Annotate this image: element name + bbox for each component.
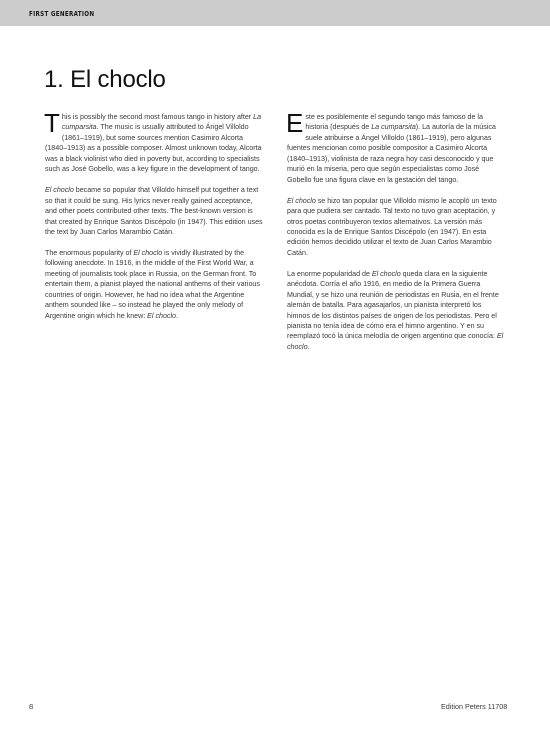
body-text: The enormous popularity of	[45, 249, 133, 257]
page-number: 8	[29, 702, 33, 711]
body-text: La enorme popularidad de	[287, 270, 372, 278]
spanish-text-column: Este es posiblemente el segundo tango má…	[287, 112, 504, 363]
italic-title-text: El choclo	[372, 270, 401, 278]
paragraph: This is possibly the second most famous …	[45, 112, 264, 175]
body-text: se hizo tan popular que Villoldo mismo l…	[287, 197, 497, 257]
italic-title-text: La cumparsita	[371, 123, 416, 131]
english-text-column: This is possibly the second most famous …	[45, 112, 264, 331]
running-header-bar: FIRST GENERATION	[0, 0, 550, 26]
body-text: .	[308, 343, 310, 351]
body-text: ). La autoría de la música suele atribui…	[287, 123, 496, 183]
paragraph: El choclo became so popular that Villold…	[45, 185, 264, 237]
drop-cap: E	[286, 113, 303, 133]
body-text: became so popular that Villoldo himself …	[45, 186, 263, 236]
italic-title-text: El choclo	[287, 197, 316, 205]
drop-cap: T	[44, 113, 60, 133]
paragraph: La enorme popularidad de El choclo queda…	[287, 269, 504, 353]
body-text: is vividly illustrated by the following …	[45, 249, 260, 320]
body-text: .	[176, 312, 178, 320]
paragraph: Este es posiblemente el segundo tango má…	[287, 112, 504, 185]
body-text: his is possibly the second most famous t…	[62, 113, 253, 121]
body-text: queda clara en la siguiente anécdota. Co…	[287, 270, 499, 341]
italic-title-text: El choclo	[45, 186, 74, 194]
page-title: 1. El choclo	[44, 66, 166, 94]
paragraph: The enormous popularity of El choclo is …	[45, 248, 264, 321]
section-label: FIRST GENERATION	[29, 10, 94, 18]
italic-title-text: El choclo	[147, 312, 176, 320]
paragraph: El choclo se hizo tan popular que Villol…	[287, 196, 504, 259]
edition-label: Edition Peters 11708	[441, 702, 507, 711]
italic-title-text: El choclo	[133, 249, 162, 257]
